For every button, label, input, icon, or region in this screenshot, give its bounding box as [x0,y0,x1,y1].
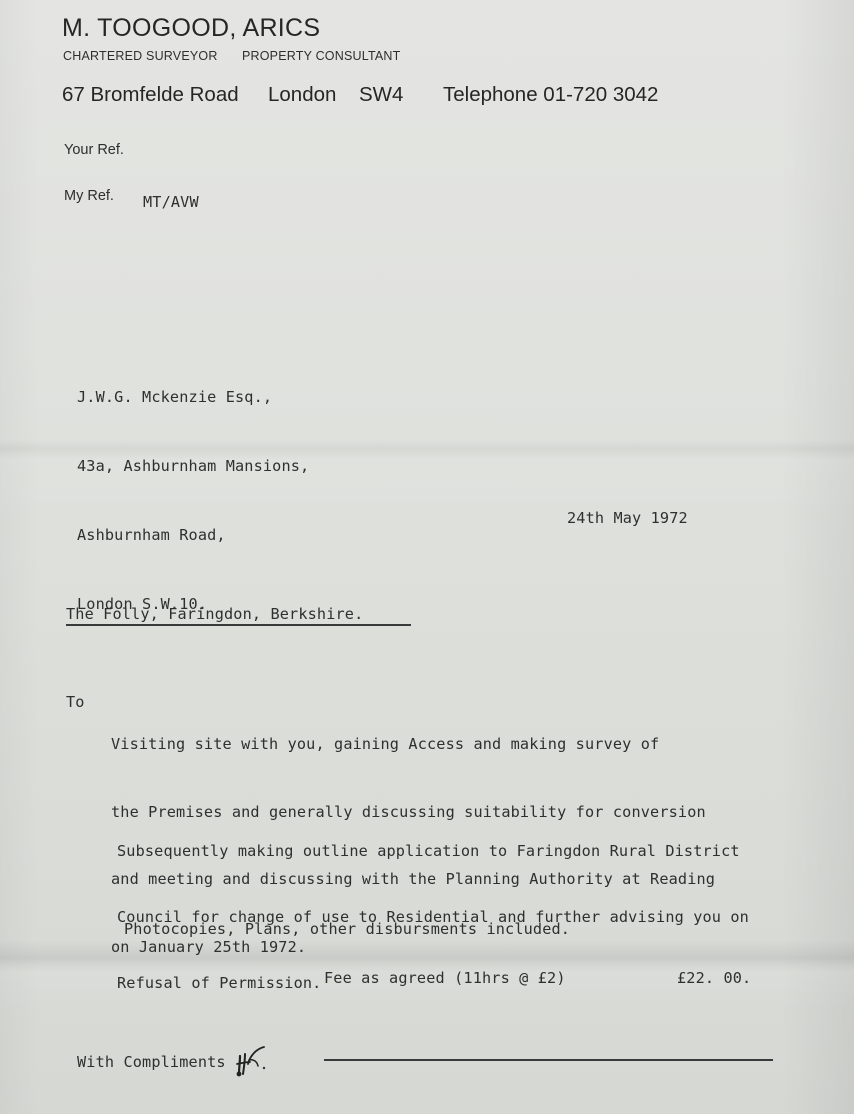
to-label: To [66,693,85,711]
letterhead-postcode: SW4 [359,83,403,107]
recipient-line: J.W.G. Mckenzie Esq., [77,386,309,409]
letter-date: 24th May 1972 [567,509,688,527]
compliments-text: With Compliments [77,1053,226,1071]
letter-paper: M. TOOGOOD, ARICS CHARTERED SURVEYOR PRO… [0,0,854,1114]
letterhead-street: 67 Bromfelde Road [62,83,239,107]
body-line: Visiting site with you, gaining Access a… [111,733,715,756]
body-line: Subsequently making outline application … [117,840,749,862]
letterhead-name: M. TOOGOOD, ARICS [62,14,320,43]
recipient-line: Ashburnham Road, [77,524,309,547]
fee-description: Fee as agreed (11hrs @ £2) [324,969,566,987]
my-ref-label: My Ref. [64,188,114,204]
letterhead-profession-consultant: PROPERTY CONSULTANT [242,49,400,63]
letterhead-city: London [268,83,336,107]
signature-initials-icon [234,1044,270,1078]
fee-amount: £22. 00. [677,969,751,987]
letterhead-profession-surveyor: CHARTERED SURVEYOR [63,49,218,63]
letterhead-telephone: Telephone 01-720 3042 [443,83,658,107]
my-ref-value: MT/AVW [143,193,199,211]
disbursements-note: Photocopies, Plans, other disbursments i… [124,920,570,938]
letter-subject: The Folly, Faringdon, Berkshire. [66,605,411,626]
fee-line: Fee as agreed (11hrs @ £2) £22. 00. . [324,969,773,1061]
your-ref-label: Your Ref. [64,142,124,158]
recipient-line: 43a, Ashburnham Mansions, [77,455,309,478]
